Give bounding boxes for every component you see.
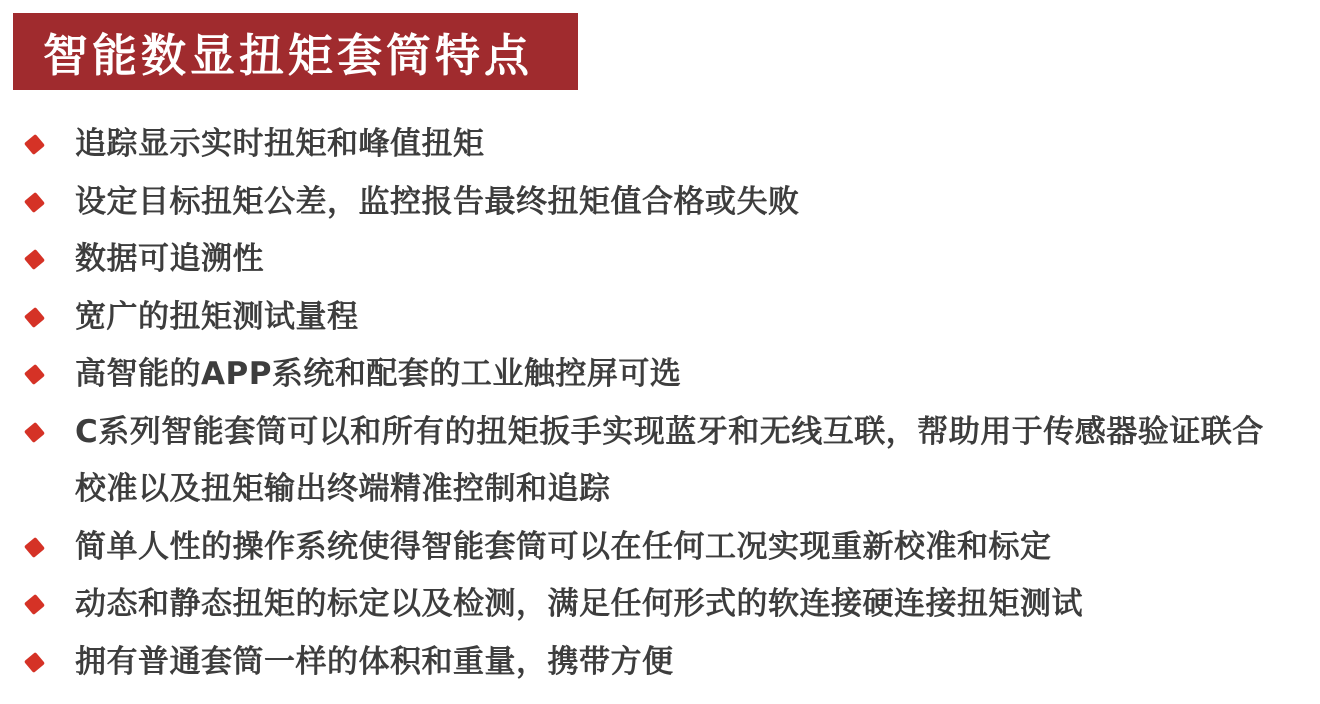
list-item: 简单人性的操作系统使得智能套筒可以在任何工况实现重新校准和标定 <box>13 519 1280 577</box>
feature-text: 宽广的扭矩测试量程 <box>75 299 359 335</box>
diamond-bullet-icon <box>24 536 45 557</box>
diamond-bullet-icon <box>24 249 45 270</box>
feature-text: 高智能的APP系统和配套的工业触控屏可选 <box>75 356 681 392</box>
slide-page: 智能数显扭矩套筒特点 追踪显示实时扭矩和峰值扭矩 设定目标扭矩公差，监控报告最终… <box>0 0 1320 704</box>
page-title: 智能数显扭矩套筒特点 <box>13 13 578 90</box>
feature-text: 数据可追溯性 <box>75 241 264 277</box>
diamond-bullet-icon <box>24 594 45 615</box>
diamond-bullet-icon <box>24 306 45 327</box>
feature-text: 简单人性的操作系统使得智能套筒可以在任何工况实现重新校准和标定 <box>75 529 1052 565</box>
feature-text: 设定目标扭矩公差，监控报告最终扭矩值合格或失败 <box>75 184 800 220</box>
diamond-bullet-icon <box>24 421 45 442</box>
list-item: 追踪显示实时扭矩和峰值扭矩 <box>13 116 1280 174</box>
feature-text: 动态和静态扭矩的标定以及检测，满足任何形式的软连接硬连接扭矩测试 <box>75 586 1083 622</box>
feature-text: C系列智能套筒可以和所有的扭矩扳手实现蓝牙和无线互联，帮助用于传感器验证联合校准… <box>75 414 1264 508</box>
list-item: 动态和静态扭矩的标定以及检测，满足任何形式的软连接硬连接扭矩测试 <box>13 576 1280 634</box>
diamond-bullet-icon <box>24 364 45 385</box>
feature-list: 追踪显示实时扭矩和峰值扭矩 设定目标扭矩公差，监控报告最终扭矩值合格或失败 数据… <box>13 116 1280 691</box>
feature-text: 拥有普通套筒一样的体积和重量，携带方便 <box>75 644 674 680</box>
list-item: 高智能的APP系统和配套的工业触控屏可选 <box>13 346 1280 404</box>
feature-text: 追踪显示实时扭矩和峰值扭矩 <box>75 126 485 162</box>
list-item: 设定目标扭矩公差，监控报告最终扭矩值合格或失败 <box>13 174 1280 232</box>
diamond-bullet-icon <box>24 134 45 155</box>
list-item: 拥有普通套筒一样的体积和重量，携带方便 <box>13 634 1280 692</box>
list-item: C系列智能套筒可以和所有的扭矩扳手实现蓝牙和无线互联，帮助用于传感器验证联合校准… <box>13 404 1280 519</box>
diamond-bullet-icon <box>24 651 45 672</box>
list-item: 数据可追溯性 <box>13 231 1280 289</box>
diamond-bullet-icon <box>24 191 45 212</box>
list-item: 宽广的扭矩测试量程 <box>13 289 1280 347</box>
